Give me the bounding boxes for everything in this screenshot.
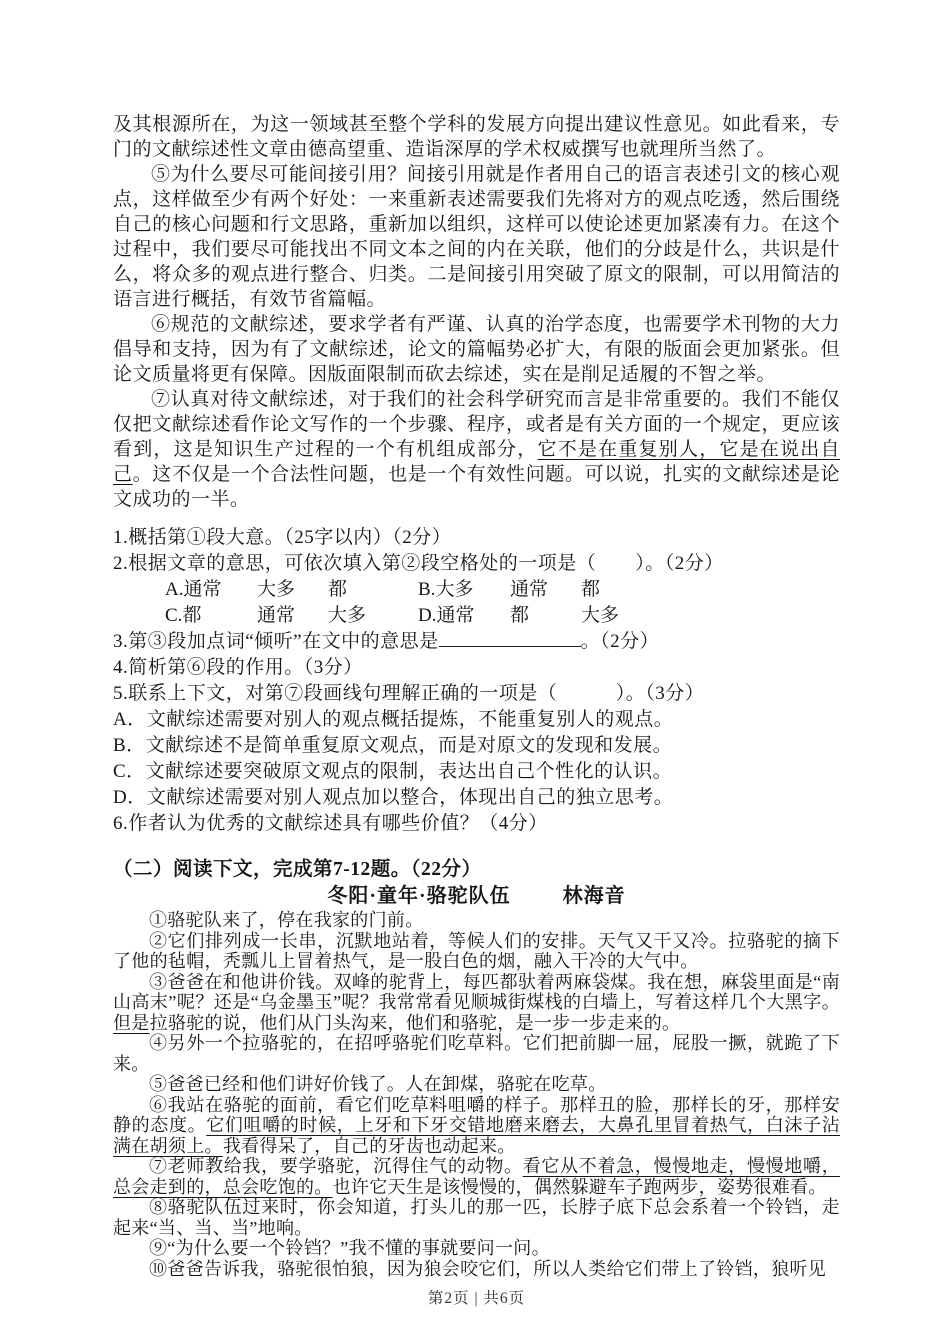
paragraph-text: ②它们排列成一长串，沉默地站着，等候人们的安排。天气又干又冷。拉骆驼的摘下了他的… (113, 931, 840, 972)
option-word: 通常 (510, 577, 581, 603)
paragraph-3: ③爸爸在和他讲价钱。双峰的驼背上，每匹都驮着两麻袋煤。我在想，麻袋里面是“南山高… (113, 972, 840, 1034)
essay-title-line: 冬阳·童年·骆驼队伍林海音 (113, 883, 840, 910)
option-word: 大多 (435, 579, 473, 600)
paragraph-5: ⑤爸爸已经和他们讲好价钱了。人在卸煤，骆驼在吃草。 (113, 1074, 840, 1095)
paragraph-8: ⑧骆驼队伍过来时，你会知道，打头儿的那一匹，长脖子底下总会系着一个铃铛，走起来“… (113, 1197, 840, 1238)
option-word: 大多 (328, 603, 366, 629)
question-1: 1.概括第①段大意。（25字以内）（2分） (113, 525, 840, 551)
option-word: 都 (581, 577, 600, 603)
paragraph-text: ⑤爸爸已经和他们讲好价钱了。人在卸煤，骆驼在吃草。 (149, 1074, 607, 1094)
question-text: 。（2分） (581, 631, 660, 652)
paragraph-1: ①骆驼队来了，停在我家的门前。 (113, 910, 840, 931)
reading-two-passage: （二）阅读下文，完成第7-12题。（22分） 冬阳·童年·骆驼队伍林海音 ①骆驼… (113, 857, 840, 1279)
option-word: 都 (182, 605, 201, 626)
option-word: 大多 (257, 577, 328, 603)
exam-page: 及其根源所在，为这一领域甚至整个学科的发展方向提出建议性意见。如此看来，专门的文… (0, 0, 950, 1344)
option-word: 都 (510, 603, 581, 629)
option-a: A.通常 大多 都 (165, 577, 418, 603)
paragraph-2: ②它们排列成一长串，沉默地站着，等候人们的安排。天气又干又冷。拉骆驼的摘下了他的… (113, 931, 840, 972)
paragraph-5: ⑤为什么要尽可能间接引用？间接引用就是作者用自己的语言表述引文的核心观点，这样做… (113, 162, 840, 312)
essay-author: 林海音 (563, 885, 626, 907)
paragraph-text: ⑥规范的文献综述，要求学者有严谨、认真的治学态度，也需要学术刊物的大力倡导和支持… (113, 314, 840, 385)
paragraph-6: ⑥我站在骆驼的面前，看它们吃草料咀嚼的样子。那样丑的脸，那样长的牙，那样安静的态… (113, 1095, 840, 1157)
answer-blank (439, 629, 581, 647)
paragraph-text: ⑦老师教给我，要学骆驼，沉得住气的动物。 (149, 1156, 523, 1176)
paragraph-text: 我看得呆了，自己的牙齿也动起来。 (223, 1136, 516, 1156)
paragraph-6: ⑥规范的文献综述，要求学者有严谨、认真的治学态度，也需要学术刊物的大力倡导和支持… (113, 312, 840, 387)
paragraph-text: ①骆驼队来了，停在我家的门前。 (149, 910, 424, 930)
paragraph-7: ⑦认真对待文献综述，对于我们的社会科学研究而言是非常重要的。我们不能仅仅把文献综… (113, 387, 840, 512)
question-4: 4.简析第⑥段的作用。（3分） (113, 655, 840, 681)
option-label: D. (418, 605, 436, 626)
reading-one-passage: 及其根源所在，为这一领域甚至整个学科的发展方向提出建议性意见。如此看来，专门的文… (113, 112, 840, 512)
paragraph-text: 也许它天生是该慢慢的，偶然躲避车子跑两步，姿势很难看。 (333, 1177, 827, 1197)
option-word: 大多 (581, 603, 619, 629)
question-6: 6.作者认为优秀的文献综述具有哪些价值？（4分） (113, 811, 840, 837)
paragraph-9: ⑨“为什么要一个铃铛？”我不懂的事就要问一问。 (113, 1238, 840, 1259)
question-2-options: A.通常 大多 都 B.大多 通常 都 C.都 通常 大多 D.通常 都 大多 (165, 577, 840, 629)
paragraph-4-continuation: 及其根源所在，为这一领域甚至整个学科的发展方向提出建议性意见。如此看来，专门的文… (113, 112, 840, 162)
questions-section: 1.概括第①段大意。（25字以内）（2分） 2.根据文章的意思，可依次填入第②段… (113, 525, 840, 837)
option-word: 通常 (257, 603, 328, 629)
question-5-option-b: B．文献综述不是简单重复原文观点，而是对原文的发现和发展。 (113, 733, 840, 759)
question-3: 3.第③段加点词“倾听”在文中的意思是。（2分） (113, 629, 840, 655)
option-c: C.都 通常 大多 (165, 603, 418, 629)
page-footer: 第2页 | 共6页 (113, 1289, 840, 1309)
question-5-option-a: A．文献综述需要对别人的观点概括提炼，不能重复别人的观点。 (113, 707, 840, 733)
paragraph-text: 拉骆驼的说，他们从门头沟来，他们和骆驼，是一步一步走来的。 (150, 1013, 681, 1033)
essay-title: 冬阳·童年·骆驼队伍 (327, 885, 510, 907)
section-two-heading: （二）阅读下文，完成第7-12题。（22分） (113, 857, 840, 883)
question-2: 2.根据文章的意思，可依次填入第②段空格处的一项是（ ）。（2分） (113, 551, 840, 577)
question-5-option-c: C．文献综述要突破原文观点的限制，表达出自己个性化的认识。 (113, 759, 840, 785)
option-label: B. (418, 579, 435, 600)
essay-body: ①骆驼队来了，停在我家的门前。 ②它们排列成一长串，沉默地站着，等候人们的安排。… (113, 910, 840, 1279)
paragraph-text: ⑩爸爸告诉我，骆驼很怕狼，因为狼会咬它们，所以人类给它们带上了铃铛，狼听见 (149, 1259, 826, 1279)
option-word: 通常 (183, 579, 221, 600)
paragraph-text: ④另外一个拉骆驼的，在招呼骆驼们吃草料。它们把前脚一屈，屁股一撅，就跪了下来。 (113, 1033, 840, 1074)
paragraph-4: ④另外一个拉骆驼的，在招呼骆驼们吃草料。它们把前脚一屈，屁股一撅，就跪了下来。 (113, 1033, 840, 1074)
paragraph-7: ⑦老师教给我，要学骆驼，沉得住气的动物。看它从不着急，慢慢地走，慢慢地嚼，总会走… (113, 1156, 840, 1197)
paragraph-text: 及其根源所在，为这一领域甚至整个学科的发展方向提出建议性意见。如此看来，专门的文… (113, 114, 840, 160)
question-text: 3.第③段加点词“倾听”在文中的意思是 (113, 631, 439, 652)
underlined-word: 但是 (113, 1013, 150, 1033)
option-label: A. (165, 579, 183, 600)
paragraph-text: ③爸爸在和他讲价钱。双峰的驼背上，每匹都驮着两麻袋煤。我在想，麻袋里面是“南山高… (113, 972, 840, 1013)
paragraph-text: ⑧骆驼队伍过来时，你会知道，打头儿的那一匹，长脖子底下总会系着一个铃铛，走起来“… (113, 1197, 840, 1238)
option-word: 通常 (436, 605, 474, 626)
paragraph-text: ⑨“为什么要一个铃铛？”我不懂的事就要问一问。 (149, 1238, 550, 1258)
option-b: B.大多 通常 都 (418, 577, 840, 603)
paragraph-text: 。这不仅是一个合法性问题，也是一个有效性问题。可以说，扎实的文献综述是论文成功的… (113, 464, 840, 510)
paragraph-text: ⑤为什么要尽可能间接引用？间接引用就是作者用自己的语言表述引文的核心观点，这样做… (113, 164, 840, 310)
question-5-option-d: D．文献综述需要对别人观点加以整合，体现出自己的独立思考。 (113, 785, 840, 811)
option-d: D.通常 都 大多 (418, 603, 840, 629)
option-word: 都 (328, 577, 347, 603)
paragraph-10: ⑩爸爸告诉我，骆驼很怕狼，因为狼会咬它们，所以人类给它们带上了铃铛，狼听见 (113, 1259, 840, 1280)
option-label: C. (165, 605, 182, 626)
question-5: 5.联系上下文，对第⑦段画线句理解正确的一项是（ ）。（3分） (113, 681, 840, 707)
